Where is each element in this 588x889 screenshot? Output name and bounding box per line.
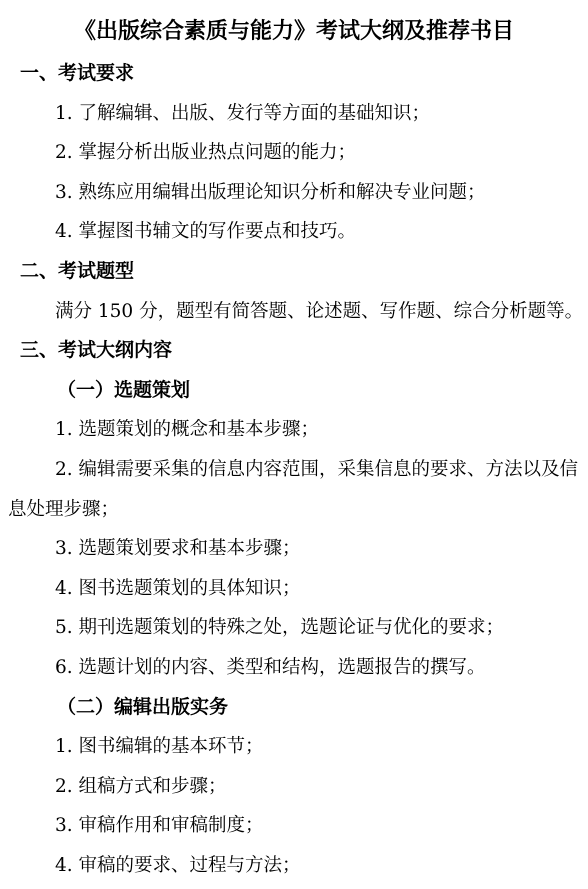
list-item: 3. 熟练应用编辑出版理论知识分析和解决专业问题；: [0, 173, 588, 213]
list-item: 2. 组稿方式和步骤；: [0, 767, 588, 807]
section-heading-3: 三、考试大纲内容: [0, 331, 588, 371]
paragraph: 满分 150 分，题型有简答题、论述题、写作题、综合分析题等。: [0, 292, 588, 332]
list-item: 4. 图书选题策划的具体知识；: [0, 569, 588, 609]
list-item: 3. 审稿作用和审稿制度；: [0, 806, 588, 846]
document-page: 《出版综合素质与能力》考试大纲及推荐书目 一、考试要求 1. 了解编辑、出版、发…: [0, 0, 588, 889]
section-heading-1: 一、考试要求: [0, 54, 588, 94]
section-heading-2: 二、考试题型: [0, 252, 588, 292]
subsection-heading-2: （二）编辑出版实务: [0, 688, 588, 728]
list-item: 4. 掌握图书辅文的写作要点和技巧。: [0, 212, 588, 252]
list-item: 6. 选题计划的内容、类型和结构，选题报告的撰写。: [0, 648, 588, 688]
list-item: 1. 了解编辑、出版、发行等方面的基础知识；: [0, 94, 588, 134]
list-item: 3. 选题策划要求和基本步骤；: [0, 529, 588, 569]
list-item: 2. 掌握分析出版业热点问题的能力；: [0, 133, 588, 173]
document-title: 《出版综合素质与能力》考试大纲及推荐书目: [0, 0, 588, 54]
list-item: 2. 编辑需要采集的信息内容范围，采集信息的要求、方法以及信: [0, 450, 588, 490]
list-item-continuation: 息处理步骤；: [0, 490, 588, 530]
list-item: 1. 选题策划的概念和基本步骤；: [0, 410, 588, 450]
list-item: 5. 期刊选题策划的特殊之处，选题论证与优化的要求；: [0, 608, 588, 648]
list-item: 1. 图书编辑的基本环节；: [0, 727, 588, 767]
subsection-heading-1: （一）选题策划: [0, 371, 588, 411]
list-item: 4. 审稿的要求、过程与方法；: [0, 846, 588, 886]
